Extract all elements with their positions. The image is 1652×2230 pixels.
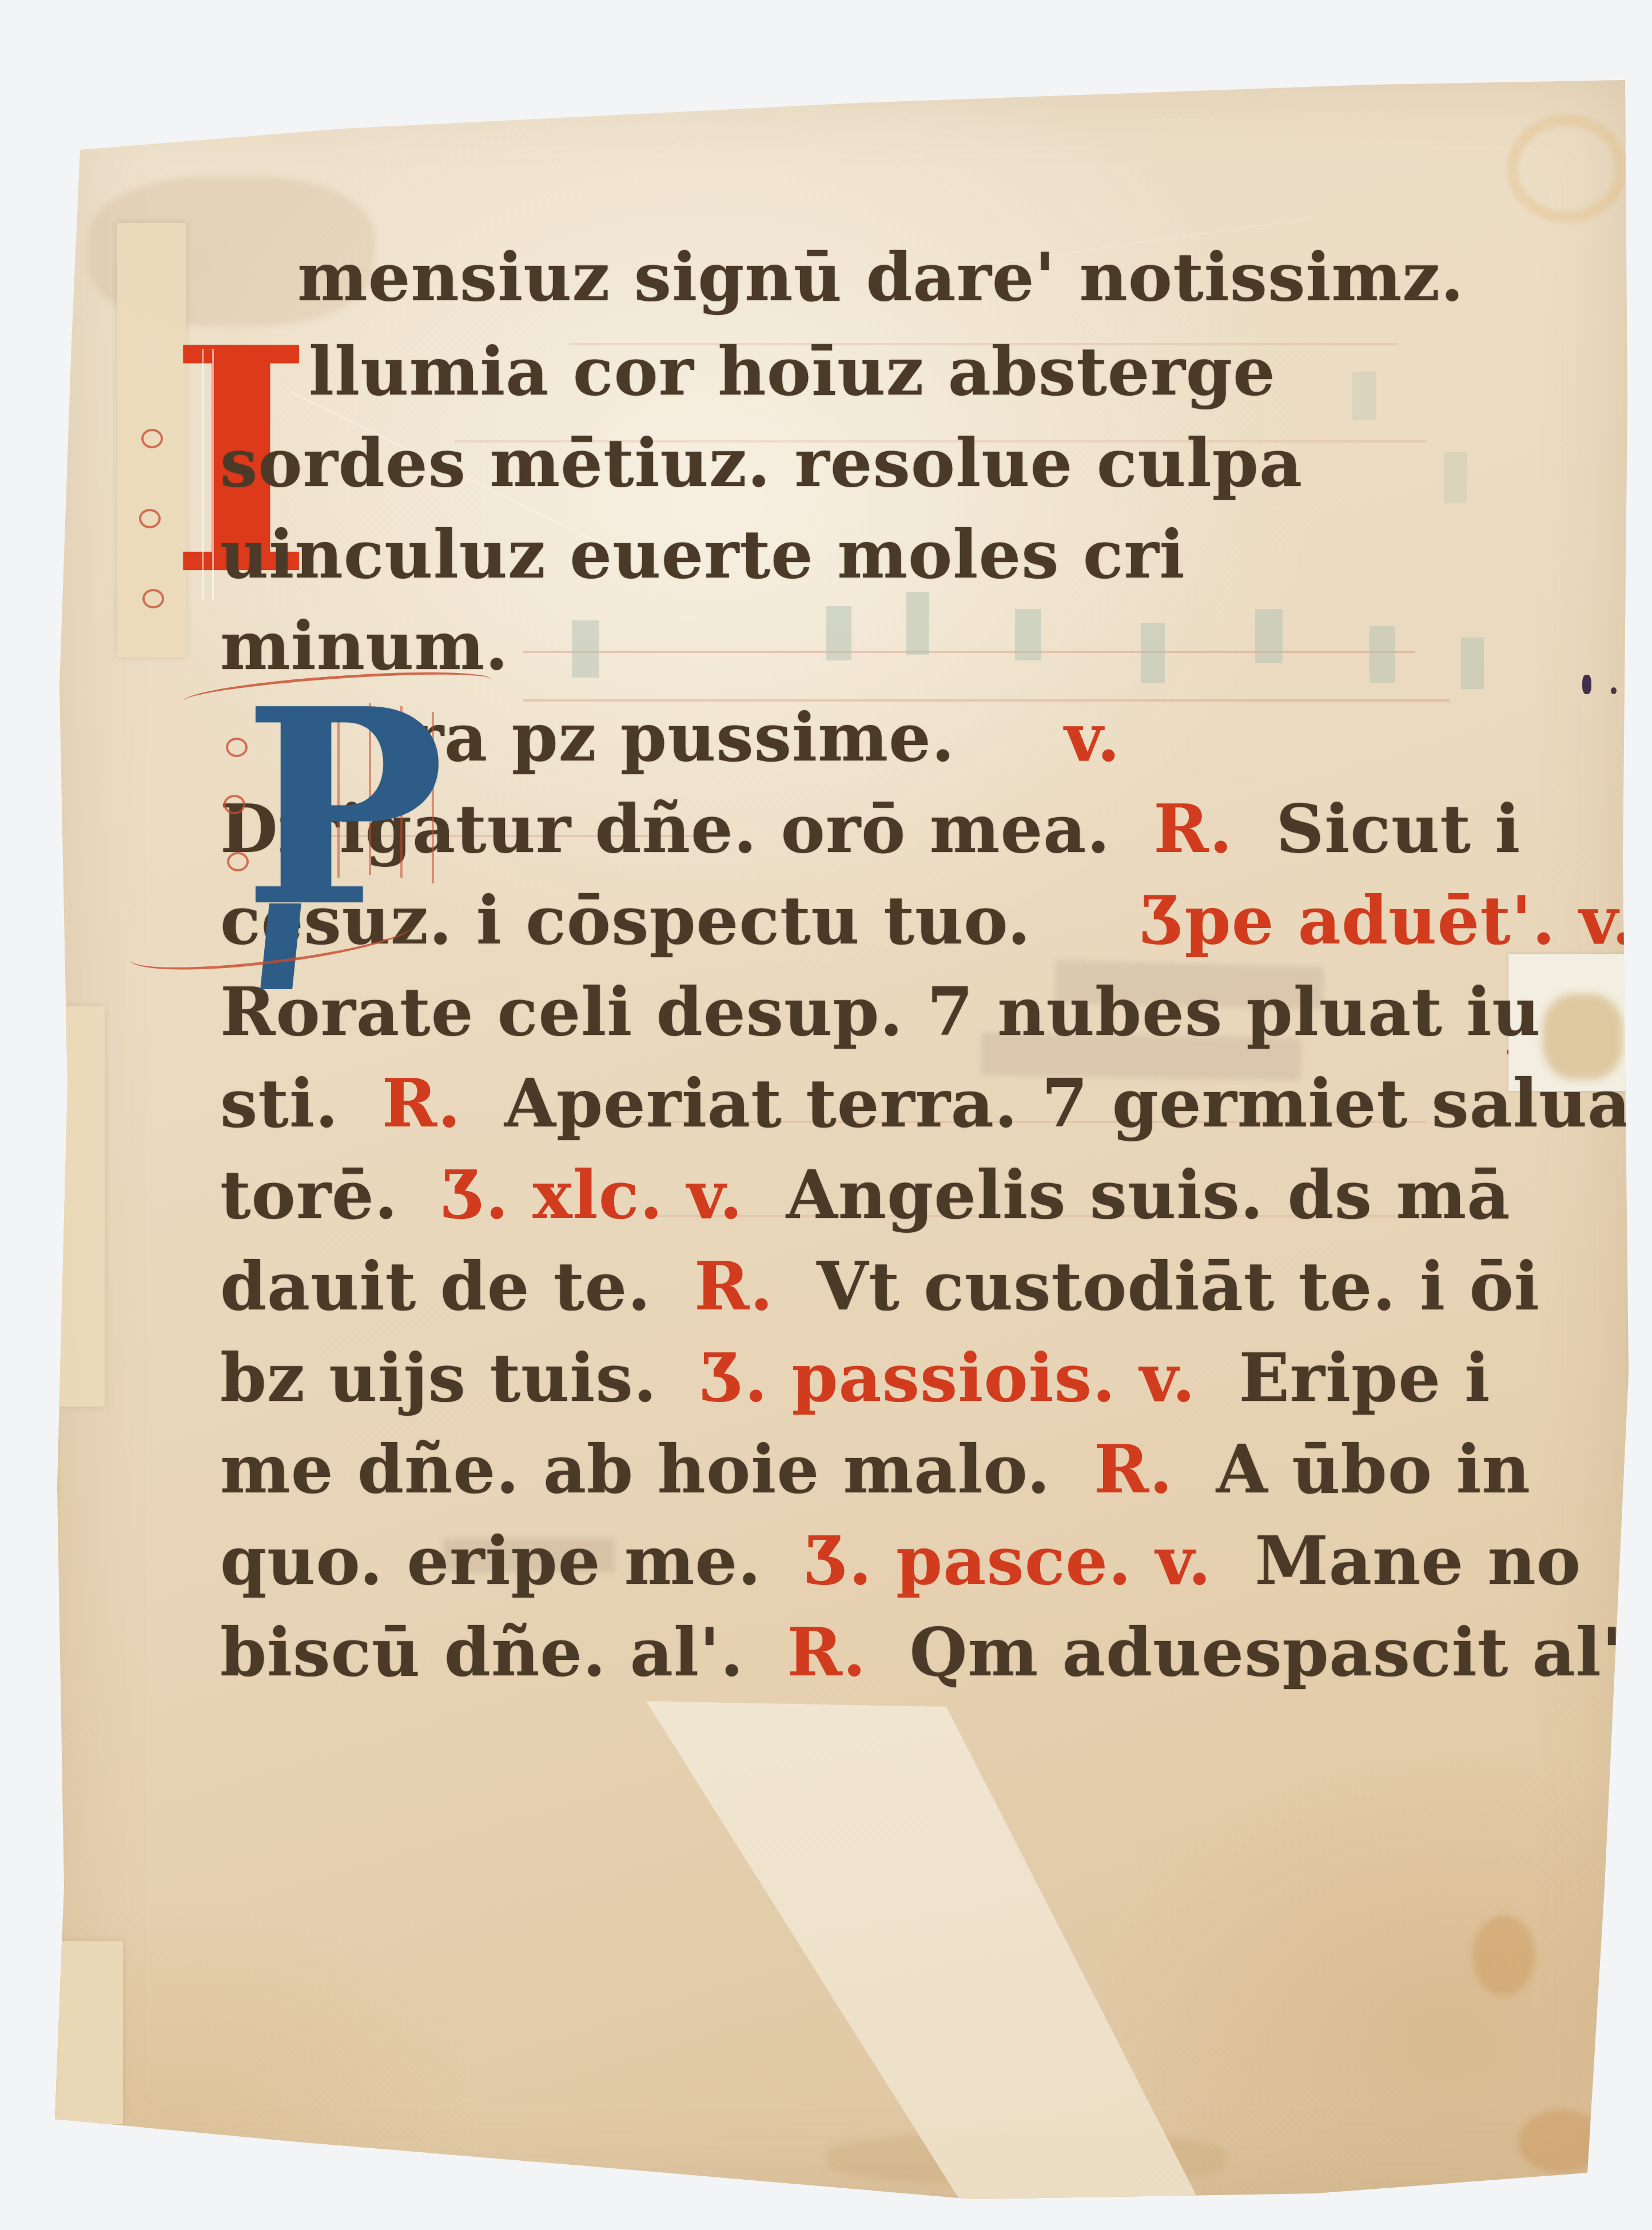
penwork-loop [227, 852, 249, 871]
initial-letter-p: P [243, 674, 445, 942]
text-line: biscū dñe. al'. R. Qm aduespascit al'. [220, 1615, 1646, 1701]
tape-strip [54, 1941, 123, 2124]
penwork-loop [139, 509, 161, 528]
line-text: Eripe i [1239, 1341, 1490, 1415]
line-text: Rorate celi desup. 7 nubes pluat iu [220, 975, 1541, 1049]
line-text: biscū dñe. al'. [220, 1615, 744, 1690]
text-line: uinculuz euerte moles cri [220, 517, 1185, 603]
line-text: A ūbo in [1216, 1432, 1531, 1507]
text-line: bz uijs tuis. Ʒ. passiois. v. Eripe i [220, 1341, 1490, 1427]
manuscript-leaf: I P mensiuz signū dare' notissimz. llumi… [54, 74, 1633, 2201]
text-line: sordes mētiuz. resolue culpa [220, 426, 1303, 512]
penwork-loop [141, 429, 163, 448]
stain [1518, 2110, 1604, 2173]
photo-backdrop: I P mensiuz signū dare' notissimz. llumi… [0, 0, 1652, 2230]
penwork-loop [224, 795, 245, 814]
rubric-mark: R. [694, 1249, 774, 1324]
ink-speck [1611, 687, 1617, 694]
text-line: Rorate celi desup. 7 nubes pluat iu [220, 975, 1541, 1061]
rubric-mark: R. [787, 1615, 866, 1690]
text-line: mensiuz signū dare' notissimz. [297, 240, 1464, 326]
neume-ghost [1370, 626, 1395, 683]
rubric-mark: R. [382, 1066, 461, 1141]
line-text: llumia cor hoīuz absterge [309, 334, 1276, 409]
text-line: ra pz pussime. v. [409, 700, 1121, 786]
neume-ghost [1015, 609, 1041, 660]
line-text: sordes mētiuz. resolue culpa [220, 426, 1303, 500]
neume-ghost [1444, 452, 1467, 503]
vellum-repair-strip [626, 1698, 1232, 2207]
neume-ghost [826, 606, 851, 660]
rubric-text: Ʒ. pasce. v. [805, 1524, 1212, 1598]
neume-ghost [1461, 638, 1484, 689]
tape-strip [54, 1006, 105, 1407]
rubric-text: Ʒ. xlc. v. [441, 1158, 743, 1232]
neume-ghost [1141, 623, 1165, 683]
line-text: bz uijs tuis. [220, 1341, 657, 1415]
text-line: quo. eripe me. Ʒ. pasce. v. Mane no [220, 1524, 1581, 1610]
line-text: torē. [220, 1158, 398, 1232]
rubric-mark: R. [1153, 792, 1233, 866]
line-text: Sicut i [1276, 792, 1520, 866]
text-line: llumia cor hoīuz absterge [309, 334, 1276, 420]
neume-ghost [1255, 609, 1283, 663]
line-text: me dñe. ab hoie malo. [220, 1432, 1050, 1507]
penwork-loop [226, 738, 248, 757]
penwork-loop [142, 589, 164, 608]
line-text: ra pz pussime. [409, 700, 955, 775]
rubric-mark: v. [1064, 700, 1120, 775]
initial-i-penline [212, 349, 214, 600]
line-text: Mane no [1255, 1524, 1581, 1598]
line-text: mensiuz signū dare' notissimz. [297, 240, 1464, 314]
line-text: sti. [220, 1066, 339, 1141]
line-text: Angelis suis. ds mā [786, 1158, 1511, 1232]
text-line: dauit de te. R. Vt custodiāt te. i ōi [220, 1249, 1540, 1335]
text-line: sti. R. Aperiat terra. 7 germiet salua [220, 1066, 1631, 1152]
rubric-text: Ʒ. passiois. v. [700, 1341, 1196, 1415]
rubric-mark: R. [1094, 1432, 1173, 1507]
line-text: uinculuz euerte moles cri [220, 517, 1185, 592]
ring-stain [1507, 114, 1627, 223]
neume-ghost [572, 620, 599, 678]
rubric-text: Ʒpe aduēt'. v. [1140, 883, 1635, 958]
line-text: Vt custodiāt te. i ōi [817, 1249, 1540, 1324]
line-text: dauit de te. [220, 1249, 651, 1324]
text-line: me dñe. ab hoie malo. R. A ūbo in [220, 1432, 1531, 1518]
neume-ghost [1352, 372, 1376, 420]
line-text: Qm aduespascit al'. [910, 1615, 1646, 1690]
ink-speck [1582, 675, 1591, 694]
line-text: quo. eripe me. [220, 1524, 762, 1598]
initial-i-penline [202, 349, 204, 600]
text-line: torē. Ʒ. xlc. v. Angelis suis. ds mā [220, 1158, 1510, 1244]
line-text: Aperiat terra. 7 germiet salua [504, 1066, 1631, 1141]
stain [1472, 1916, 1535, 1996]
